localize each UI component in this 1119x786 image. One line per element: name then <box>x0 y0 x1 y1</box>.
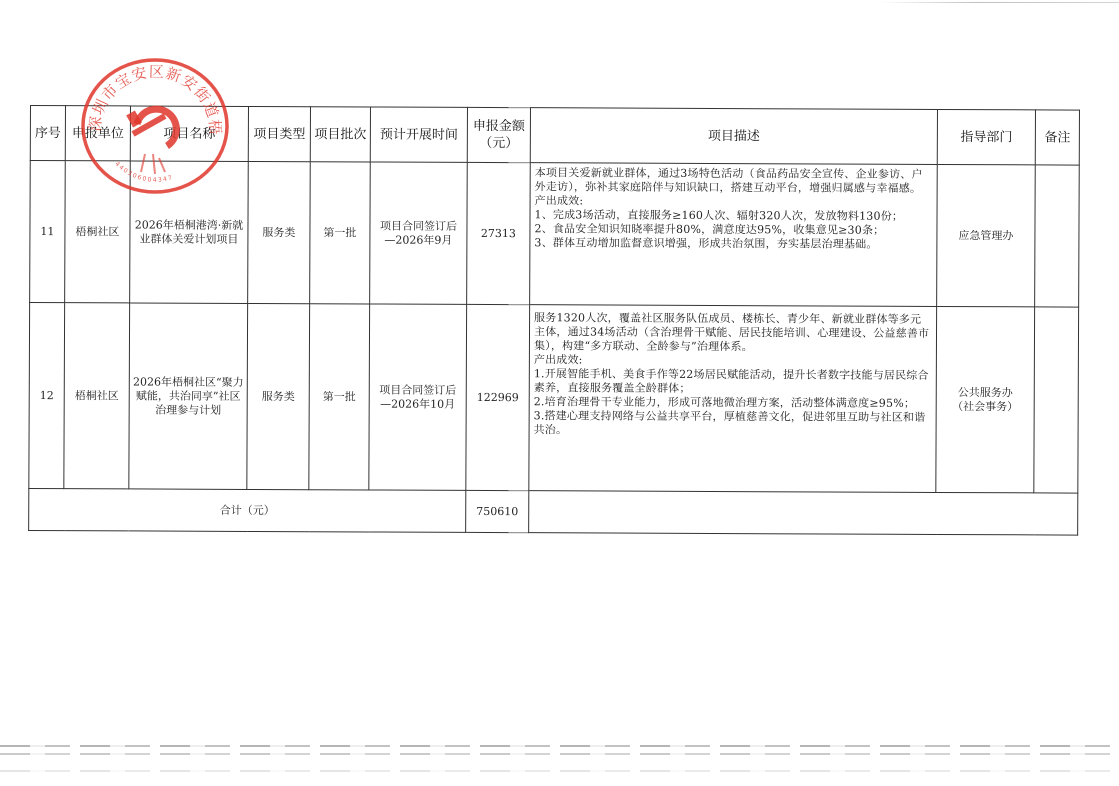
cell-remark <box>1035 165 1080 307</box>
cell-type: 服务类 <box>248 161 311 303</box>
header-amount-line2: （元） <box>471 135 527 152</box>
cell-time: 项目合同签订后 —2026年10月 <box>369 304 467 490</box>
cell-seq: 11 <box>30 161 66 303</box>
cell-name: 2026年梧桐港湾·新就业群体关爱计划项目 <box>130 161 249 304</box>
cell-description: 本项目关爱新就业群体，通过3场特色活动（食品药品安全宣传、企业参访、户外走访），… <box>530 163 938 307</box>
cell-amount: 27313 <box>467 162 531 304</box>
header-time: 预计开展时间 <box>370 107 467 162</box>
cell-time-line1: 项目合同签订后 <box>373 219 463 233</box>
cell-amount: 122969 <box>466 304 530 490</box>
cell-time-line2: —2026年9月 <box>373 233 463 247</box>
header-batch: 项目批次 <box>310 107 370 162</box>
cell-time: 项目合同签订后 —2026年9月 <box>370 162 468 304</box>
table-row: 11 梧桐社区 2026年梧桐港湾·新就业群体关爱计划项目 服务类 第一批 项目… <box>30 161 1080 308</box>
cell-department: 公共服务办 （社会事务） <box>936 306 1035 492</box>
cell-department: 应急管理办 <box>937 164 1036 306</box>
cell-seq: 12 <box>29 303 65 489</box>
desc-item: 3、群体互动增加监督意识增强，形成共治氛围，夯实基层治理基础。 <box>534 236 932 252</box>
cell-batch: 第一批 <box>310 162 371 304</box>
cell-description: 服务1320人次，覆盖社区服务队伍成员、楼栋长、青少年、新就业群体等多元主体，通… <box>529 305 937 493</box>
header-description: 项目描述 <box>530 108 937 165</box>
header-amount-line1: 申报金额 <box>471 118 527 135</box>
total-row: 合计（元） 750610 <box>29 488 1078 535</box>
project-table: 序号 申报单位 项目名称 项目类型 项目批次 预计开展时间 申报金额 （元） 项… <box>28 105 1080 536</box>
desc-paragraph: 服务1320人次，覆盖社区服务队伍成员、楼栋长、青少年、新就业群体等多元主体，通… <box>534 311 932 355</box>
header-remark: 备注 <box>1035 110 1079 165</box>
cell-time-line1: 项目合同签订后 <box>373 383 463 397</box>
cell-batch: 第一批 <box>309 304 370 490</box>
total-empty-cell <box>529 491 1078 535</box>
cell-time-line2: —2026年10月 <box>373 397 463 411</box>
header-amount: 申报金额 （元） <box>467 107 530 162</box>
cell-unit: 梧桐社区 <box>64 303 130 489</box>
cell-unit: 梧桐社区 <box>65 161 131 303</box>
scan-noise <box>0 770 1119 772</box>
scan-noise <box>0 753 1119 755</box>
desc-item: 3.搭建心理支持网络与公益共享平台，厚植慈善文化，促进邻里互助与社区和谐共治。 <box>534 409 932 439</box>
header-department: 指导部门 <box>937 109 1035 164</box>
desc-paragraph: 本项目关爱新就业群体，通过3场特色活动（食品药品安全宣传、企业参访、户外走访），… <box>535 166 933 196</box>
cell-department-line2: （社会事务） <box>940 399 1031 413</box>
header-unit: 申报单位 <box>65 106 130 161</box>
cell-type: 服务类 <box>247 303 310 489</box>
scan-edge <box>880 2 1119 3</box>
cell-name: 2026年梧桐社区“聚力赋能，共治同享”社区治理参与计划 <box>129 303 248 490</box>
header-name: 项目名称 <box>130 106 248 162</box>
desc-item: 1.开展智能手机、美食手作等22场居民赋能活动，提升长者数字技能与居民综合素养，… <box>534 367 932 397</box>
cell-remark <box>1034 307 1079 493</box>
header-seq: 序号 <box>30 106 65 161</box>
total-amount: 750610 <box>466 490 529 532</box>
total-label: 合计（元） <box>29 488 466 532</box>
cell-department-line1: 公共服务办 <box>940 385 1031 399</box>
scan-noise <box>0 745 1119 747</box>
table-header-row: 序号 申报单位 项目名称 项目类型 项目批次 预计开展时间 申报金额 （元） 项… <box>30 106 1079 166</box>
table-row: 12 梧桐社区 2026年梧桐社区“聚力赋能，共治同享”社区治理参与计划 服务类… <box>29 303 1079 494</box>
header-type: 项目类型 <box>248 106 310 161</box>
